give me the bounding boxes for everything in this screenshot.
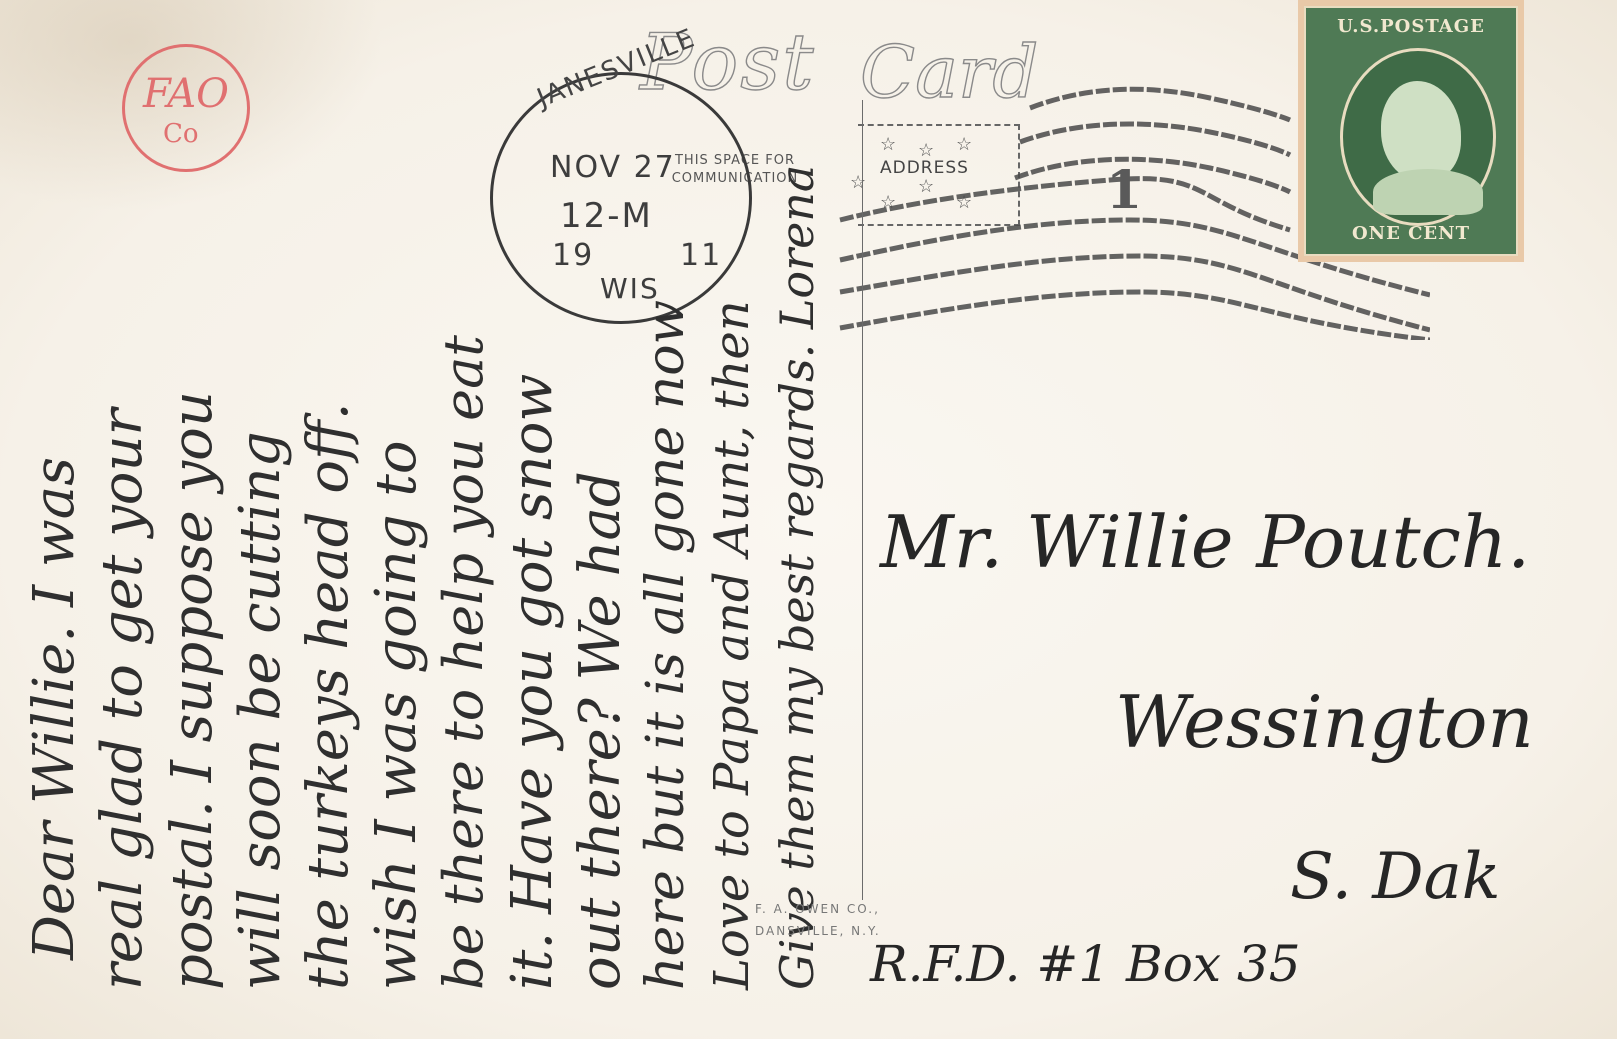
postmark-date: NOV 27 (550, 150, 676, 185)
message-line: it. Have you got snow (500, 374, 565, 990)
message-line: Love to Papa and Aunt, then (704, 300, 760, 990)
publisher-location: DANSVILLE, N.Y. (755, 920, 881, 942)
recipient-route: R.F.D. #1 Box 35 (870, 935, 1301, 993)
postmark-time: 12-M (560, 196, 653, 236)
portrait-bust-icon (1373, 169, 1483, 215)
recipient-city: Wessington (1115, 680, 1534, 764)
message-line: here but it is all gone now (636, 300, 696, 990)
publisher-imprint: F. A. OWEN CO., DANSVILLE, N.Y. (755, 898, 881, 942)
message-line: Give them my best regards. Lorena (770, 165, 824, 990)
portrait-head-icon (1381, 81, 1461, 181)
stamp-face: U.S.POSTAGE ONE CENT (1304, 6, 1518, 256)
seal-monogram: FAO (125, 71, 247, 117)
message-line: will soon be cutting (228, 431, 293, 990)
postage-stamp: U.S.POSTAGE ONE CENT (1298, 0, 1524, 262)
message-line: Dear Willie. I was (22, 457, 87, 960)
cancel-machine-number: 1 (1106, 160, 1142, 221)
recipient-name: Mr. Willie Poutch. (880, 500, 1530, 584)
seal-company: Co (163, 119, 199, 149)
message-line: wish I was going to (364, 440, 429, 990)
stamp-top-text: U.S.POSTAGE (1306, 16, 1516, 37)
message-line: the turkeys head off. (296, 402, 361, 990)
publisher-seal: FAO Co (122, 44, 250, 172)
publisher-name: F. A. OWEN CO., (755, 898, 881, 920)
center-divider (862, 100, 863, 900)
message-line: out there? We had (568, 471, 633, 990)
recipient-state: S. Dak (1290, 840, 1501, 914)
postmark-year-left: 19 (552, 238, 594, 273)
message-line: real glad to get your (90, 409, 155, 990)
postcard-back: FAO Co Post Card THIS SPACE FOR COMMUNIC… (0, 0, 1617, 1039)
stamp-portrait-frame (1340, 48, 1496, 226)
message-line: be there to help you eat (432, 335, 495, 990)
message-line: postal. I suppose you (160, 391, 225, 990)
postmark-year-right: 11 (680, 238, 722, 273)
stamp-bottom-text: ONE CENT (1306, 223, 1516, 244)
